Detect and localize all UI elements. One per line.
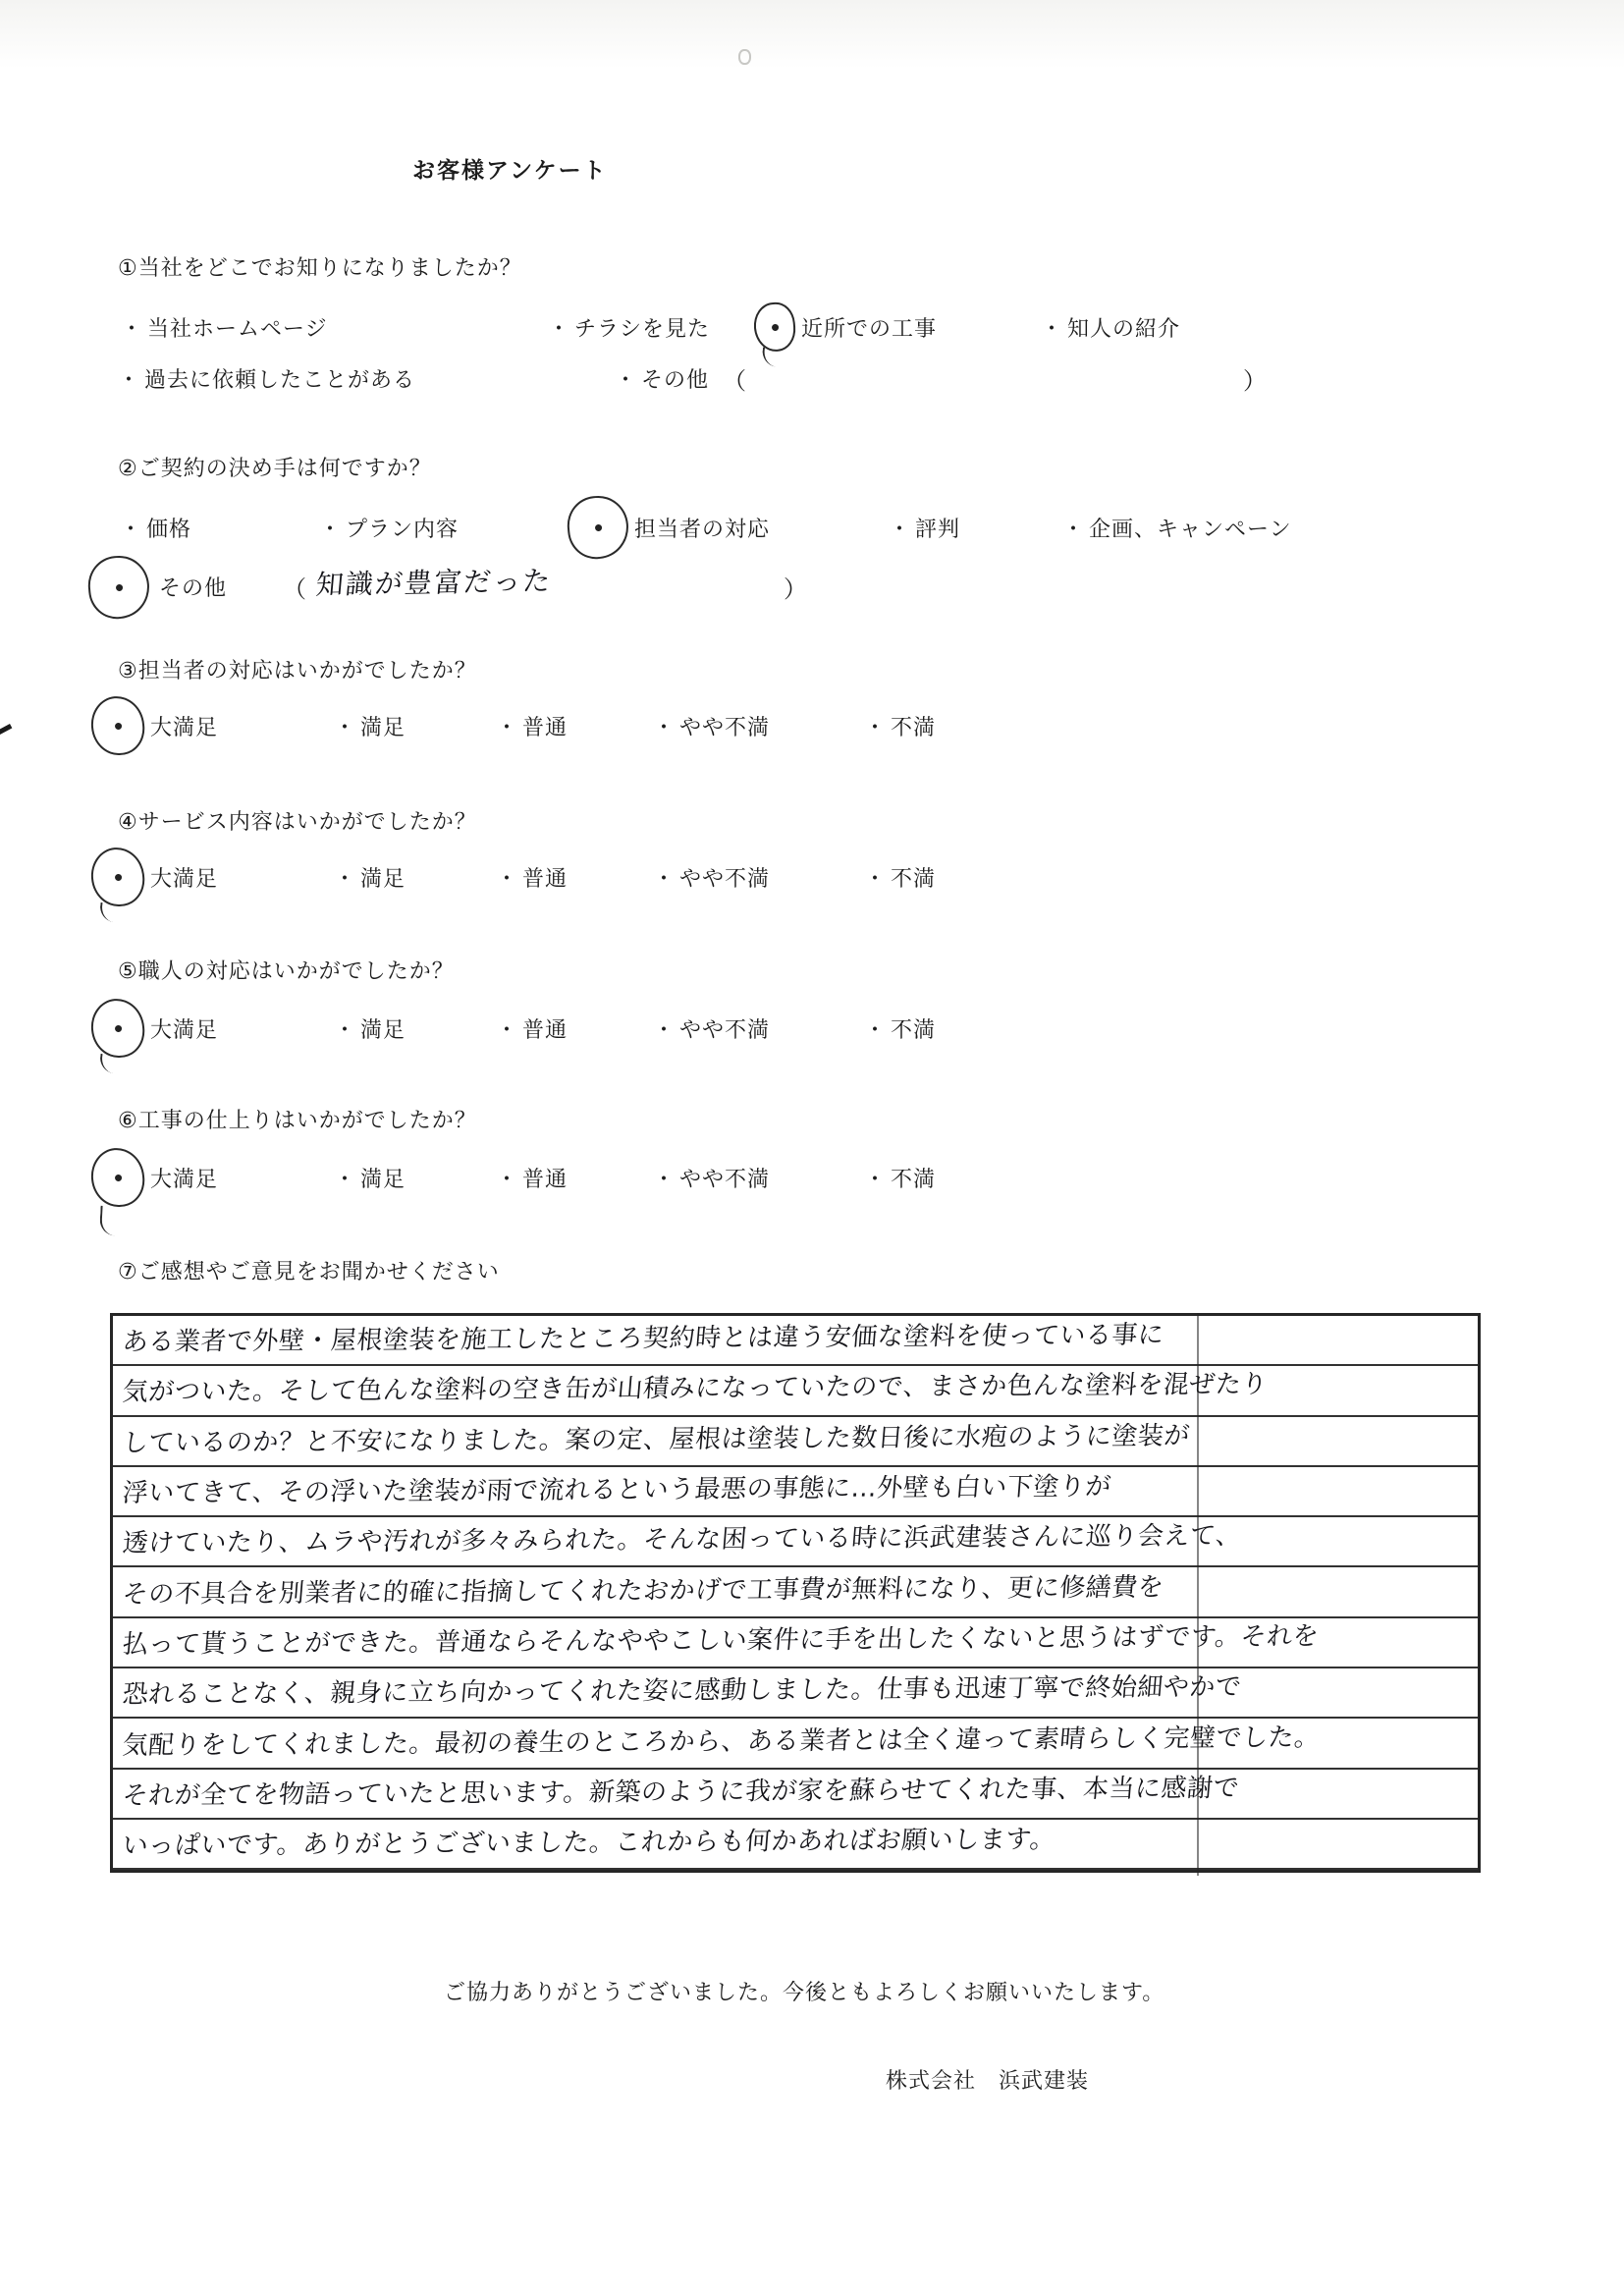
bullet-icon: ・ bbox=[334, 1163, 356, 1193]
q2-option-3-selected: 担当者の対応 bbox=[568, 505, 770, 550]
q1-option-6-other: ・その他（ bbox=[615, 355, 747, 401]
q6-options-row: 大満足 ・満足 ・普通 ・やや不満 ・不満 bbox=[0, 1155, 1624, 1200]
comment-line: 透けていたり、ムラや汚れが多々みられた。そんな困っている時に浜武建装さんに巡り会… bbox=[113, 1517, 1478, 1567]
comment-line: ある業者で外壁・屋根塗装を施工したところ契約時とは違う安価な塗料を使っている事に bbox=[113, 1316, 1478, 1366]
comments-box: ある業者で外壁・屋根塗装を施工したところ契約時とは違う安価な塗料を使っている事に… bbox=[110, 1313, 1481, 1873]
option-label: 担当者の対応 bbox=[634, 513, 770, 543]
q3-option-2: ・満足 bbox=[334, 703, 406, 748]
q2-heading: ②ご契約の決め手は何ですか？ bbox=[118, 452, 432, 482]
selection-circle bbox=[88, 1146, 146, 1209]
option-label: その他 bbox=[641, 363, 709, 394]
q7-heading: ⑦ご感想やご意見をお聞かせください bbox=[118, 1255, 500, 1285]
option-label: 満足 bbox=[360, 862, 406, 893]
page-title: お客様アンケート bbox=[412, 152, 608, 185]
bullet-icon: ・ bbox=[319, 513, 342, 543]
option-label: やや不満 bbox=[679, 1013, 770, 1044]
paren-close: ） bbox=[1243, 361, 1268, 396]
q4-options-row: 大満足 ・満足 ・普通 ・やや不満 ・不満 bbox=[0, 854, 1624, 900]
q2-options-row-2: その他 （ 知識が豊富だった ） bbox=[0, 552, 1624, 623]
bullet-icon: ・ bbox=[1041, 312, 1063, 343]
bullet-icon: ・ bbox=[334, 1013, 356, 1044]
option-label: 不満 bbox=[891, 862, 936, 893]
q1-option-4: ・知人の紹介 bbox=[1041, 304, 1180, 350]
q2-option-2: ・プラン内容 bbox=[319, 505, 459, 550]
bullet-icon: ・ bbox=[864, 711, 887, 741]
comment-line: 気配りをしてくれました。最初の養生のところから、ある業者とは全く違って素晴らしく… bbox=[113, 1719, 1478, 1769]
option-label: 不満 bbox=[891, 1163, 936, 1193]
option-label: 普通 bbox=[522, 862, 568, 893]
handwritten-text: 気がついた。そして色んな塗料の空き缶が山積みになっていたので、まさか色んな塗料を… bbox=[112, 1364, 1270, 1408]
pen-tail-stroke bbox=[99, 1206, 118, 1236]
bullet-icon: ・ bbox=[118, 363, 140, 394]
pen-tail-stroke bbox=[98, 902, 118, 922]
handwritten-text: いっぱいです。ありがとうございました。これからも何かあればお願いします。 bbox=[112, 1819, 1057, 1862]
option-label: 普通 bbox=[522, 711, 568, 741]
option-label: 近所での工事 bbox=[801, 312, 937, 343]
q5-heading: ⑤職人の対応はいかがでしたか？ bbox=[118, 955, 455, 985]
bullet-icon: ・ bbox=[864, 1163, 887, 1193]
q2-options-row-1: ・価格 ・プラン内容 担当者の対応 ・評判 ・企画、キャンペーン bbox=[0, 505, 1624, 550]
selection-circle bbox=[88, 846, 146, 908]
option-label: プラン内容 bbox=[346, 513, 459, 543]
q6-option-5: ・不満 bbox=[864, 1155, 936, 1200]
bullet-icon: ・ bbox=[653, 711, 676, 741]
option-label: 満足 bbox=[360, 711, 406, 741]
q1-option-2: ・チラシを見た bbox=[548, 304, 710, 350]
bullet-icon: ・ bbox=[653, 862, 676, 893]
bullet-icon: ・ bbox=[1062, 513, 1085, 543]
q6-option-4: ・やや不満 bbox=[653, 1155, 770, 1200]
option-label: 評判 bbox=[915, 513, 960, 543]
option-label: 過去に依頼したことがある bbox=[144, 363, 415, 394]
option-label: やや不満 bbox=[679, 862, 770, 893]
bullet-icon: ・ bbox=[334, 711, 356, 741]
q1-other-close: ） bbox=[1243, 355, 1268, 401]
q4-option-3: ・普通 bbox=[496, 854, 568, 900]
q4-option-2: ・満足 bbox=[334, 854, 406, 900]
handwritten-text: 透けていたり、ムラや汚れが多々みられた。そんな困っている時に浜武建装さんに巡り会… bbox=[112, 1515, 1244, 1559]
option-label: チラシを見た bbox=[574, 312, 710, 343]
paren-open: （ bbox=[723, 361, 747, 396]
comment-line: それが全てを物語っていたと思います。新築のように我が家を蘇らせてくれた事、本当に… bbox=[113, 1770, 1478, 1820]
option-label: 満足 bbox=[360, 1163, 406, 1193]
option-label: 大満足 bbox=[150, 711, 218, 741]
selection-circle bbox=[88, 997, 146, 1060]
q3-option-5: ・不満 bbox=[864, 703, 936, 748]
q1-heading: ①当社をどこでお知りになりましたか？ bbox=[118, 251, 522, 282]
q1-options-row-1: ・当社ホームページ ・チラシを見た 近所での工事 ・知人の紹介 bbox=[0, 304, 1624, 350]
footer-thanks: ご協力ありがとうございました。今後ともよろしくお願いいたします。 bbox=[444, 1976, 1164, 2006]
option-label: 普通 bbox=[522, 1163, 568, 1193]
option-label: 企画、キャンペーン bbox=[1089, 513, 1292, 543]
selected-dot bbox=[594, 523, 602, 531]
q1-option-1: ・当社ホームページ bbox=[121, 304, 328, 350]
q5-option-1-selected: 大満足 bbox=[91, 1006, 218, 1051]
paren-open: （ bbox=[283, 570, 306, 604]
bullet-icon: ・ bbox=[615, 363, 637, 394]
paper-crease-line bbox=[1197, 1313, 1199, 1876]
option-label: 大満足 bbox=[150, 1013, 218, 1044]
handwritten-text: その不具合を別業者に的確に指摘してくれたおかげで工事費が無料になり、更に修繕費を bbox=[112, 1566, 1166, 1610]
pen-tail-stroke bbox=[98, 1054, 118, 1073]
option-label: 価格 bbox=[146, 513, 191, 543]
option-label: 大満足 bbox=[150, 862, 218, 893]
q2-option-1: ・価格 bbox=[120, 505, 191, 550]
bullet-icon: ・ bbox=[889, 513, 911, 543]
comment-line: 浮いてきて、その浮いた塗装が雨で流れるという最悪の事態に…外壁も白い下塗りが bbox=[113, 1467, 1478, 1517]
option-label: 大満足 bbox=[150, 1163, 218, 1193]
bullet-icon: ・ bbox=[496, 862, 518, 893]
option-label: 普通 bbox=[522, 1013, 568, 1044]
handwritten-text: 払って貰うことができた。普通ならそんなややこしい案件に手を出したくないと思うはず… bbox=[112, 1615, 1321, 1661]
comment-line: 払って貰うことができた。普通ならそんなややこしい案件に手を出したくないと思うはず… bbox=[113, 1618, 1478, 1668]
selected-dot bbox=[114, 1024, 122, 1032]
selected-dot bbox=[114, 873, 122, 881]
q2-option-4: ・評判 bbox=[889, 505, 960, 550]
bullet-icon: ・ bbox=[334, 862, 356, 893]
option-label: 満足 bbox=[360, 1013, 406, 1044]
handwritten-text: 気配りをしてくれました。最初の養生のところから、ある業者とは全く違って素晴らしく… bbox=[112, 1717, 1323, 1762]
bullet-icon: ・ bbox=[120, 513, 142, 543]
q5-option-2: ・満足 bbox=[334, 1006, 406, 1051]
handwritten-text: しているのか？と不安になりました。案の定、屋根は塗装した数日後に水疱のように塗装… bbox=[112, 1415, 1192, 1459]
bullet-icon: ・ bbox=[653, 1013, 676, 1044]
bullet-icon: ・ bbox=[864, 862, 887, 893]
selection-circle bbox=[88, 694, 146, 757]
option-label: やや不満 bbox=[679, 1163, 770, 1193]
q6-option-1-selected: 大満足 bbox=[91, 1155, 218, 1200]
q2-option-6-other-label: その他 bbox=[159, 572, 227, 602]
selection-circle bbox=[85, 553, 151, 621]
bullet-icon: ・ bbox=[653, 1163, 676, 1193]
option-label: 知人の紹介 bbox=[1067, 312, 1180, 343]
bullet-icon: ・ bbox=[496, 1163, 518, 1193]
selected-dot bbox=[771, 323, 779, 331]
q2-option-5: ・企画、キャンペーン bbox=[1062, 505, 1292, 550]
q3-option-3: ・普通 bbox=[496, 703, 568, 748]
q5-option-4: ・やや不満 bbox=[653, 1006, 770, 1051]
selection-circle bbox=[752, 301, 797, 353]
q2-other-handwritten-answer: 知識が豊富だった bbox=[314, 560, 554, 603]
bullet-icon: ・ bbox=[121, 312, 143, 343]
handwritten-text: ある業者で外壁・屋根塗装を施工したところ契約時とは違う安価な塗料を使っている事に bbox=[112, 1315, 1166, 1358]
q6-option-2: ・満足 bbox=[334, 1155, 406, 1200]
option-label: 不満 bbox=[891, 711, 936, 741]
comment-line: しているのか？と不安になりました。案の定、屋根は塗装した数日後に水疱のように塗装… bbox=[113, 1417, 1478, 1467]
q6-option-3: ・普通 bbox=[496, 1155, 568, 1200]
comment-line: いっぱいです。ありがとうございました。これからも何かあればお願いします。 bbox=[113, 1820, 1478, 1870]
q3-heading: ③担当者の対応はいかがでしたか？ bbox=[118, 654, 477, 684]
scan-speck bbox=[738, 49, 751, 65]
q3-options-row: 大満足 ・満足 ・普通 ・やや不満 ・不満 bbox=[0, 703, 1624, 748]
selected-dot bbox=[115, 583, 123, 591]
handwritten-text: 恐れることなく、親身に立ち向かってくれた姿に感動しました。仕事も迅速丁寧で終始細… bbox=[112, 1667, 1244, 1711]
option-label: 不満 bbox=[891, 1013, 936, 1044]
q5-option-5: ・不満 bbox=[864, 1006, 936, 1051]
bullet-icon: ・ bbox=[496, 1013, 518, 1044]
selected-dot bbox=[114, 722, 122, 730]
option-label: 当社ホームページ bbox=[147, 312, 328, 343]
handwritten-text: 浮いてきて、その浮いた塗装が雨で流れるという最悪の事態に…外壁も白い下塗りが bbox=[112, 1466, 1113, 1509]
q3-option-1-selected: 大満足 bbox=[91, 703, 218, 748]
selected-dot bbox=[114, 1174, 122, 1181]
comment-line: 気がついた。そして色んな塗料の空き缶が山積みになっていたので、まさか色んな塗料を… bbox=[113, 1366, 1478, 1416]
paren-close: ） bbox=[784, 570, 807, 604]
company-name: 株式会社 浜武建装 bbox=[886, 2064, 1089, 2095]
q1-option-5: ・過去に依頼したことがある bbox=[118, 355, 415, 401]
q6-heading: ⑥工事の仕上りはいかがでしたか？ bbox=[118, 1104, 477, 1134]
q4-option-5: ・不満 bbox=[864, 854, 936, 900]
comment-line: その不具合を別業者に的確に指摘してくれたおかげで工事費が無料になり、更に修繕費を bbox=[113, 1567, 1478, 1617]
q5-options-row: 大満足 ・満足 ・普通 ・やや不満 ・不満 bbox=[0, 1006, 1624, 1051]
q1-option-3-selected: 近所での工事 bbox=[754, 304, 937, 350]
q3-option-4: ・やや不満 bbox=[653, 703, 770, 748]
scanned-survey-page: お客様アンケート ①当社をどこでお知りになりましたか？ ・当社ホームページ ・チ… bbox=[0, 0, 1624, 2296]
option-label: やや不満 bbox=[679, 711, 770, 741]
handwritten-text: それが全てを物語っていたと思います。新築のように我が家を蘇らせてくれた事、本当に… bbox=[112, 1768, 1241, 1812]
q4-option-4: ・やや不満 bbox=[653, 854, 770, 900]
bullet-icon: ・ bbox=[864, 1013, 887, 1044]
bullet-icon: ・ bbox=[496, 711, 518, 741]
bullet-icon: ・ bbox=[548, 312, 570, 343]
comment-line: 恐れることなく、親身に立ち向かってくれた姿に感動しました。仕事も迅速丁寧で終始細… bbox=[113, 1668, 1478, 1719]
q4-option-1-selected: 大満足 bbox=[91, 854, 218, 900]
q5-option-3: ・普通 bbox=[496, 1006, 568, 1051]
q4-heading: ④サービス内容はいかがでしたか？ bbox=[118, 805, 477, 836]
q1-options-row-2: ・過去に依頼したことがある ・その他（ ） bbox=[0, 355, 1624, 401]
